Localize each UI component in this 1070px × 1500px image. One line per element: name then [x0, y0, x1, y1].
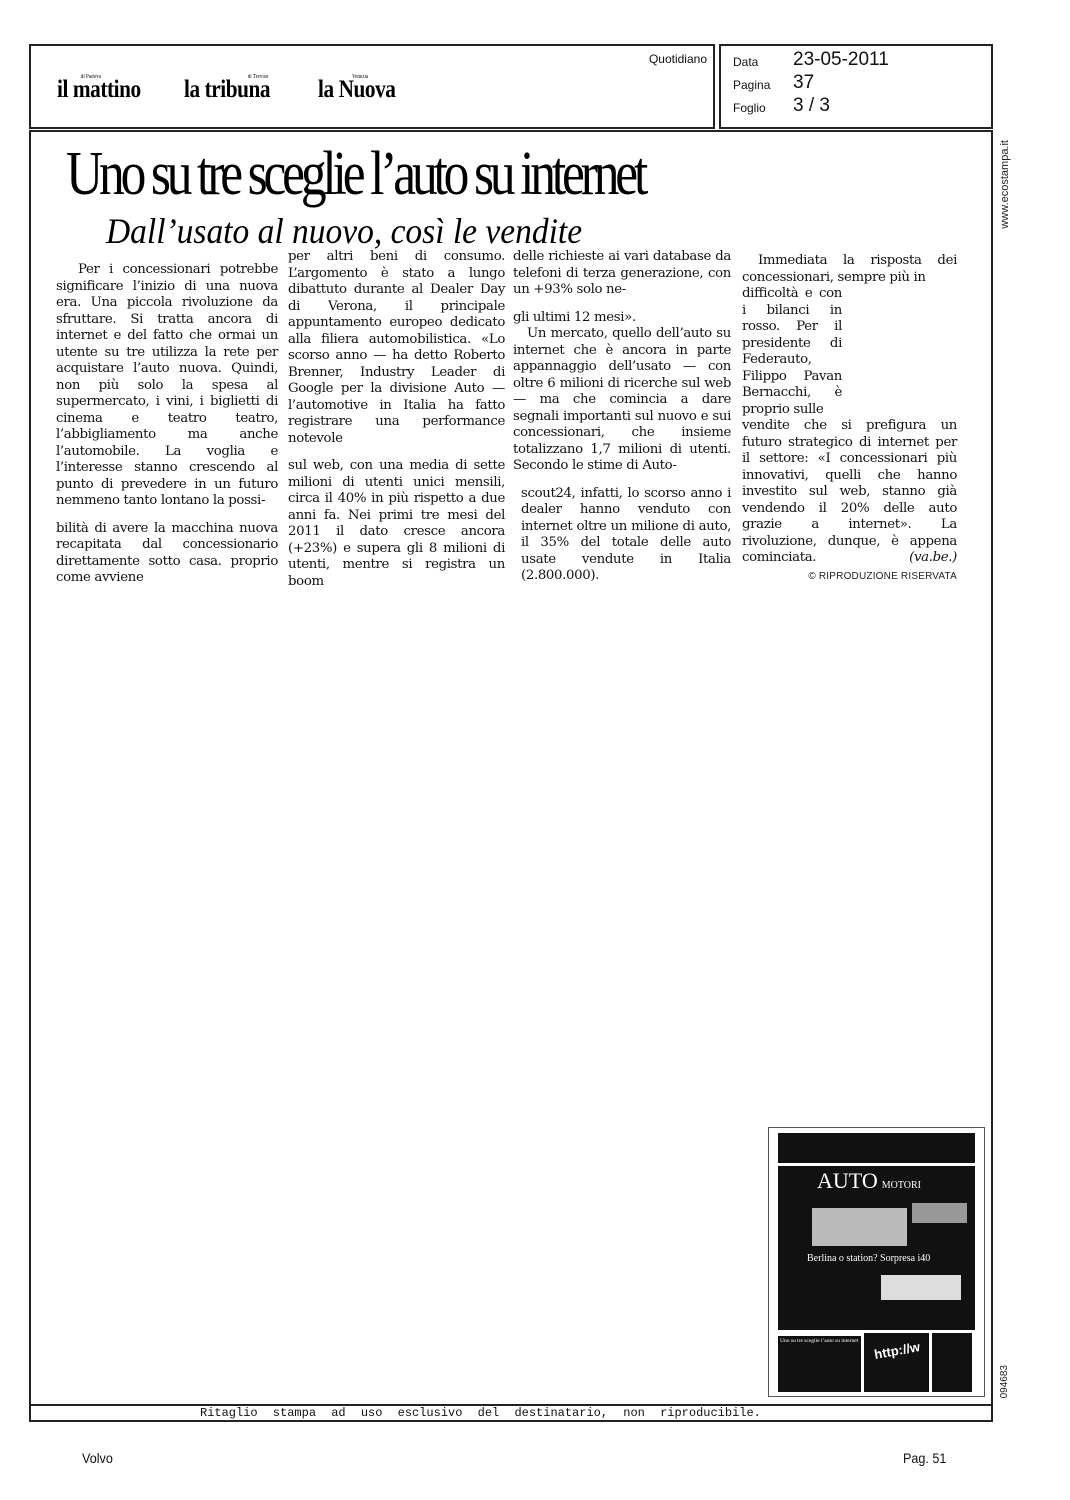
paragraph: vendite che si prefigura un futuro strat… [742, 418, 957, 567]
document-code: 094683 [999, 1365, 1010, 1398]
thumb-map-photo [881, 1275, 961, 1300]
thumb-article-block [778, 1336, 861, 1392]
author-signature: (va.be.) [909, 550, 957, 567]
page-thumbnail: AUTO MOTORI Berlina o station? Sorpresa … [768, 1127, 985, 1397]
date-label: Data [733, 55, 758, 69]
thumb-right-block [932, 1333, 972, 1392]
masthead-la-nuova: la Nuova Venezia [318, 76, 395, 104]
paragraph: sul web, con una media di sette milioni … [288, 458, 505, 590]
page-value: 37 [793, 72, 814, 94]
thumb-top-strip [778, 1133, 975, 1163]
sheet-label: Foglio [733, 101, 766, 115]
copyright-notice: © RIPRODUZIONE RISERVATA [742, 569, 957, 586]
thumb-car-photo-2 [912, 1203, 967, 1223]
thumb-section-title: AUTO MOTORI [817, 1168, 921, 1194]
paragraph: per altri beni di consumo. L’argomento è… [288, 249, 505, 447]
sheet-value: 3 / 3 [793, 95, 830, 117]
thumb-feature-headline: Berlina o station? Sorpresa i40 [807, 1253, 930, 1264]
article-column-2: per altri beni di consumo. L’argomento è… [288, 249, 505, 590]
article-column-4: Immediata la risposta dei concessionari,… [742, 253, 957, 585]
page-number: Pag. 51 [903, 1450, 946, 1466]
frequency-label: Quotidiano [649, 52, 707, 66]
article-headline: Uno su tre sceglie l’auto su internet [66, 143, 644, 205]
website-label: www.ecostampa.it [999, 140, 1011, 229]
thumb-article-headline: Uno su tre sceglie l’auto su internet [780, 1338, 858, 1344]
paragraph: Per i concessionari potrebbe significare… [56, 262, 278, 510]
paragraph: gli ultimi 12 mesi». [513, 310, 731, 327]
masthead-box: Quotidiano il mattino di Padova la tribu… [29, 44, 715, 129]
masthead-il-mattino: il mattino di Padova [57, 76, 141, 104]
paragraph: scout24, infatti, lo scorso anno i deale… [513, 486, 731, 585]
masthead-la-tribuna: la tribuna di Treviso [184, 76, 270, 104]
date-value: 23-05-2011 [793, 49, 889, 71]
reproduction-notice: Ritaglio stampa ad uso esclusivo del des… [200, 1406, 761, 1420]
paragraph: delle richieste ai vari database da tele… [513, 249, 731, 299]
article-subheadline: Dall’usato al nuovo, così le vendite [106, 210, 582, 252]
thumb-car-photo [812, 1208, 907, 1246]
paragraph: Immediata la risposta dei concessionari,… [742, 253, 957, 286]
article-column-1: Per i concessionari potrebbe significare… [56, 262, 278, 587]
article-column-3: delle richieste ai vari database da tele… [513, 249, 731, 585]
paragraph: bilità di avere la macchina nuova recapi… [56, 521, 278, 587]
client-name: Volvo [82, 1450, 113, 1466]
page-label: Pagina [733, 78, 770, 92]
paragraph: difficoltà e con i bilanci in rosso. Per… [742, 286, 842, 418]
metadata-box: Data 23-05-2011 Pagina 37 Foglio 3 / 3 [719, 44, 993, 129]
paragraph: Un mercato, quello dell’auto su internet… [513, 326, 731, 475]
